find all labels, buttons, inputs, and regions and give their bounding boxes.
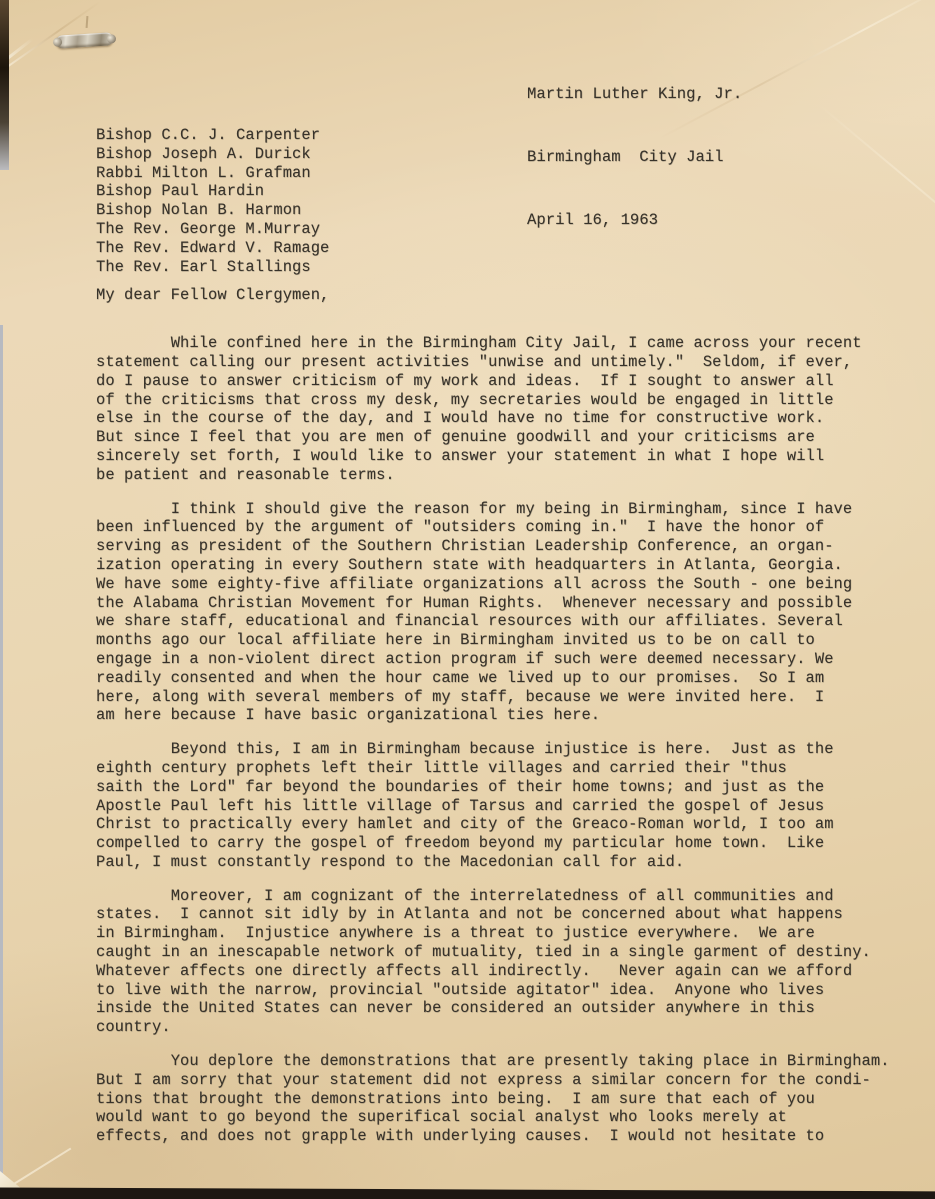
recipient-line: The Rev. Edward V. Ramage: [96, 239, 906, 258]
fold-line-bottom-left: [11, 1147, 71, 1185]
author-name: Martin Luther King, Jr.: [527, 84, 742, 105]
recipient-line: Bishop Nolan B. Harmon: [96, 201, 906, 220]
recipient-line: Bishop Joseph A. Durick: [96, 145, 906, 164]
recipient-line: The Rev. George M.Murray: [96, 220, 906, 239]
letter-body: Bishop C.C. J. Carpenter Bishop Joseph A…: [96, 126, 906, 1146]
paragraph-1: While confined here in the Birmingham Ci…: [96, 334, 906, 484]
salutation: My dear Fellow Clergymen,: [96, 286, 906, 305]
scan-edge-left: [0, 325, 3, 1187]
staple-slit: [86, 16, 89, 28]
scan-background: Martin Luther King, Jr. Birmingham City …: [0, 0, 935, 1199]
scan-edge-top-left: [0, 0, 9, 170]
paragraph-4: Moreover, I am cognizant of the interrel…: [96, 887, 906, 1037]
staple: [56, 32, 114, 48]
recipient-list: Bishop C.C. J. Carpenter Bishop Joseph A…: [96, 126, 906, 276]
paragraph-5: You deplore the demonstrations that are …: [96, 1052, 906, 1146]
recipient-line: Bishop C.C. J. Carpenter: [96, 126, 906, 145]
recipient-line: Rabbi Milton L. Grafman: [96, 164, 906, 183]
paragraph-3: Beyond this, I am in Birmingham because …: [96, 740, 906, 872]
paragraph-2: I think I should give the reason for my …: [96, 500, 906, 726]
scan-edge-bottom: [0, 1183, 935, 1199]
letter-page: Martin Luther King, Jr. Birmingham City …: [0, 0, 935, 1199]
recipient-line: Bishop Paul Hardin: [96, 182, 906, 201]
recipient-line: The Rev. Earl Stallings: [96, 258, 906, 277]
